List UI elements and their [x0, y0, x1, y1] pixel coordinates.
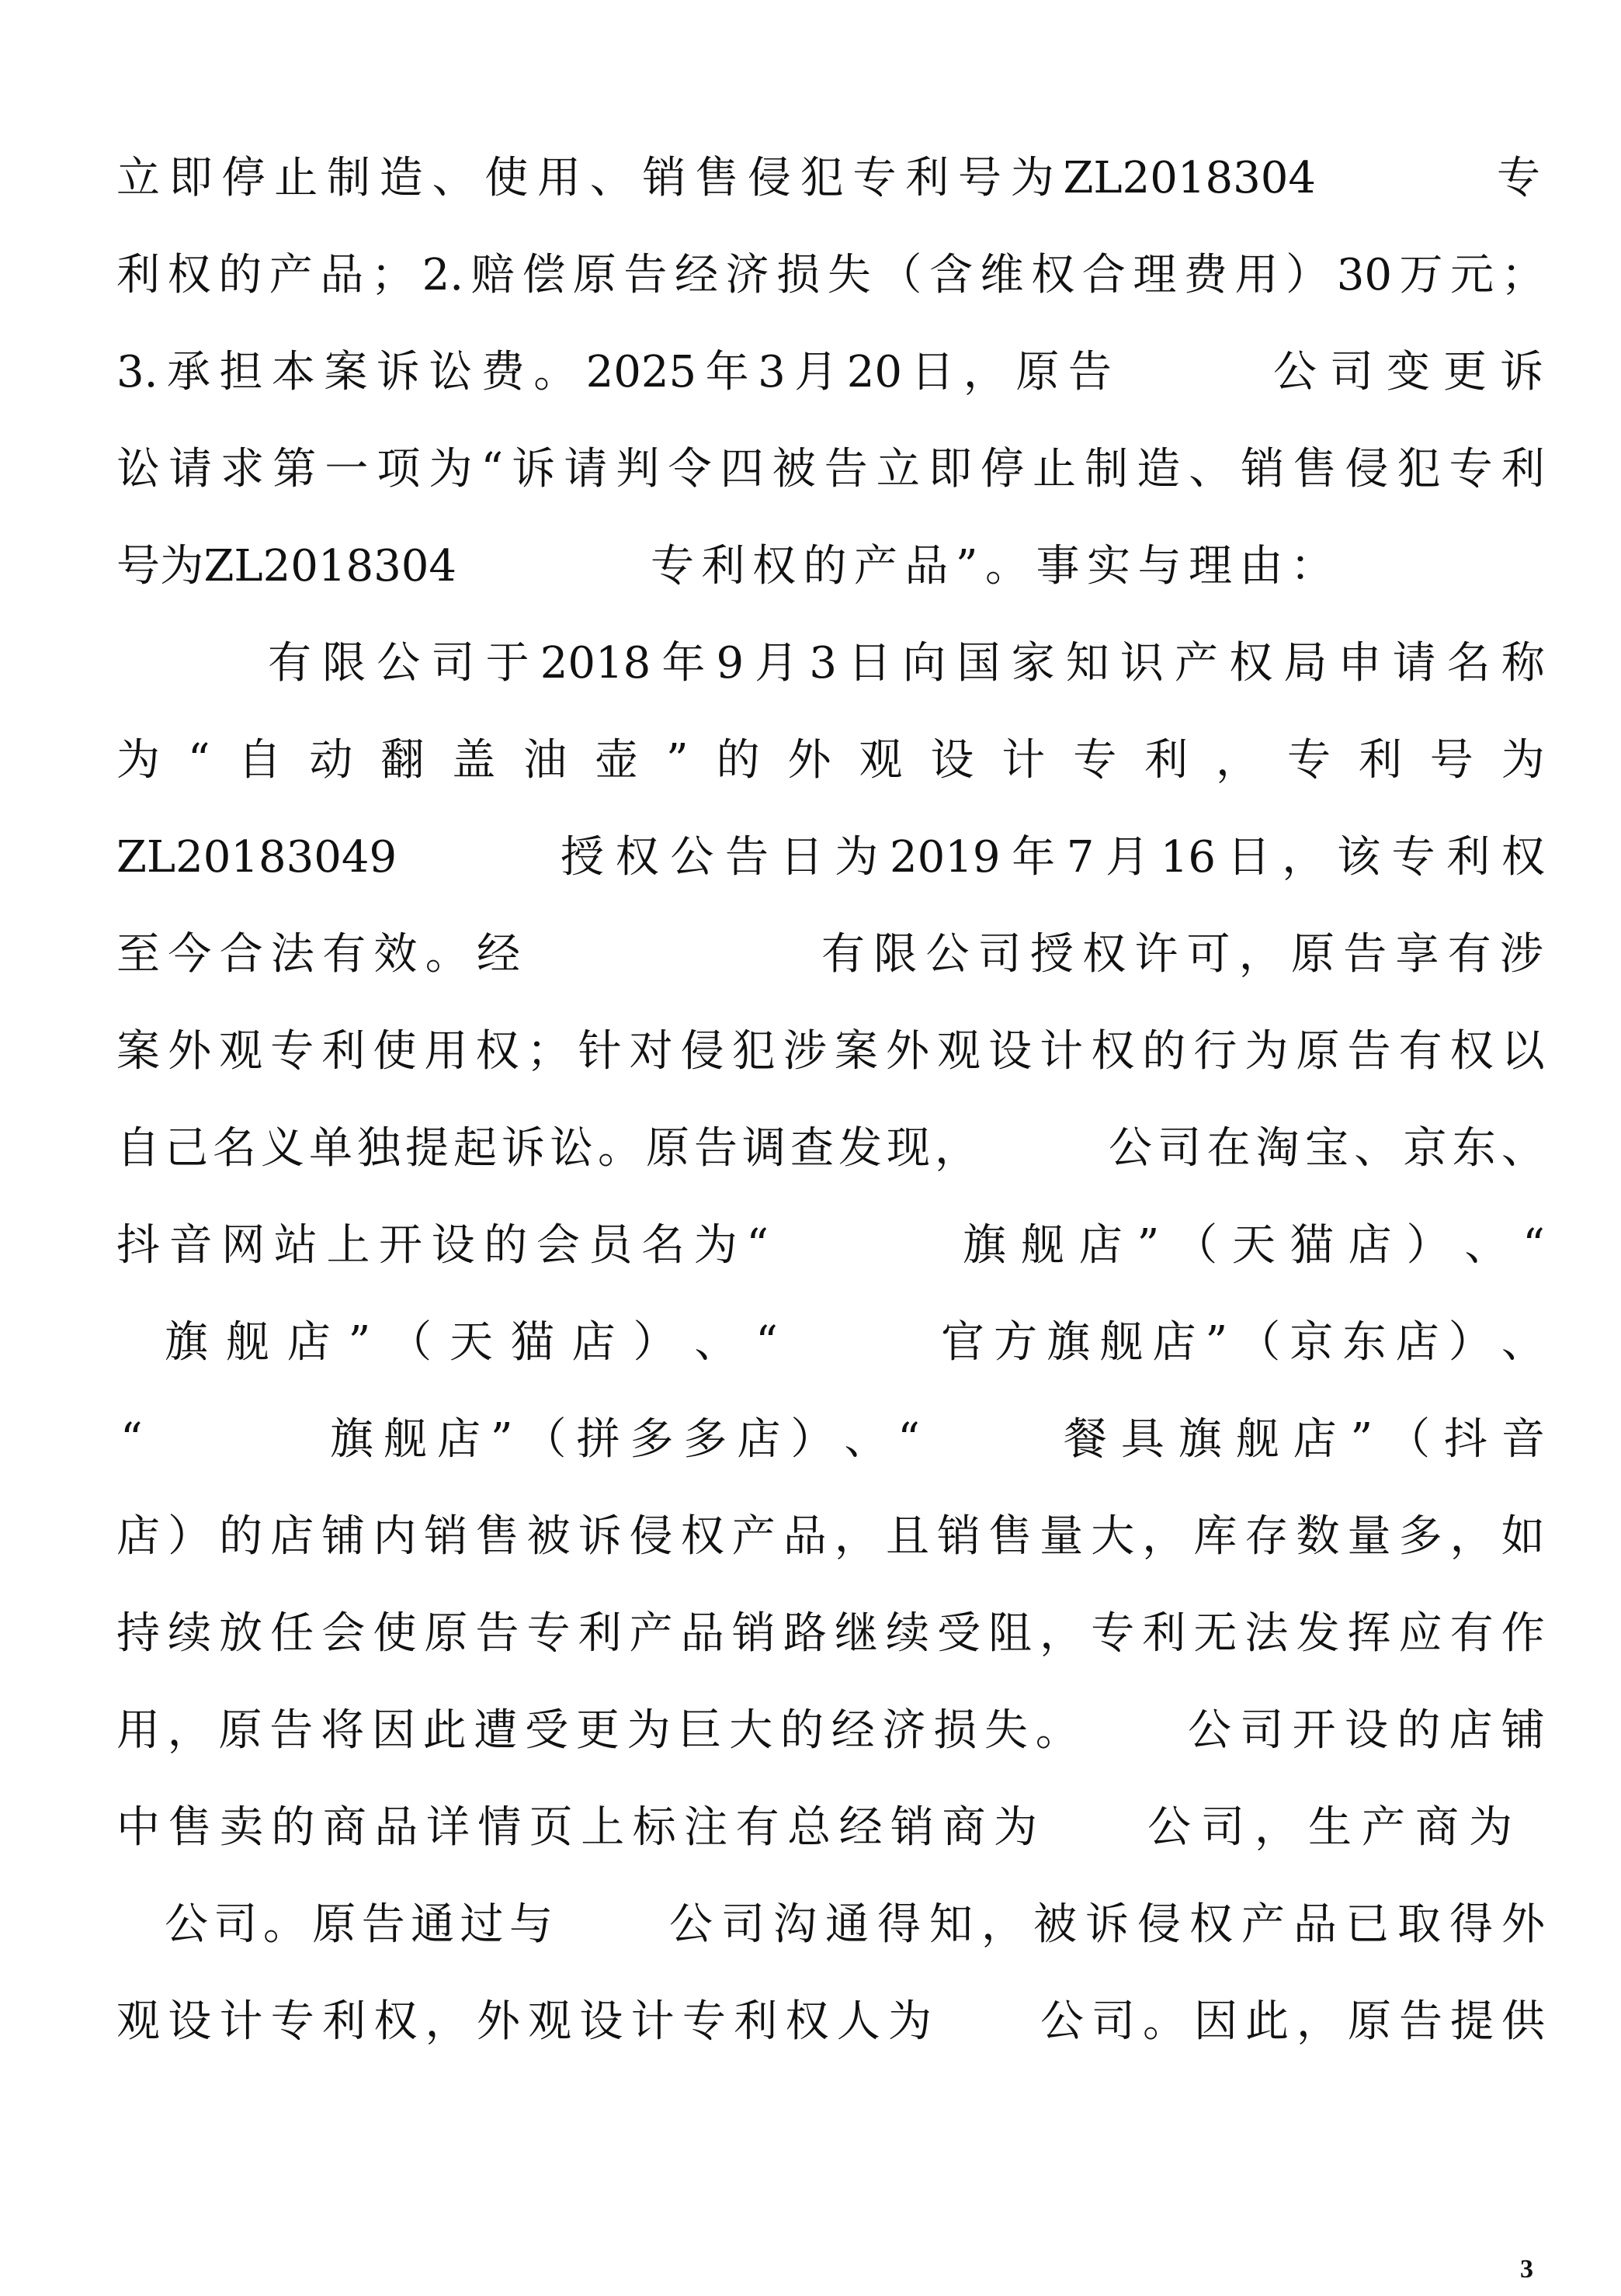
page-number: 3 [1520, 2255, 1533, 2284]
text-segment: 讼请求第一项为“诉请判令四被告立即停止制造、销售侵犯专利 [116, 439, 1545, 501]
text-segment: 官方旗舰店”（京东店）、 [941, 1312, 1545, 1374]
text-line: 中售卖的商品详情页上标注有总经销商为公司，生产商为 [0, 1797, 1621, 1859]
text-line: 抖音网站上开设的会员名为“旗舰店”（天猫店）、“ [0, 1215, 1621, 1277]
text-segment: 旗舰店”（天猫店）、“ [963, 1215, 1545, 1277]
text-line: 有限公司于2018年9月3日向国家知识产权局申请名称 [0, 633, 1621, 695]
text-line: 至今合法有效。经有限公司授权许可，原告享有涉 [0, 924, 1621, 986]
text-segment: 授权公告日为2019年7月16日，该专利权 [561, 827, 1545, 889]
text-segment: “ [120, 1409, 151, 1471]
text-segment: 店）的店铺内销售被诉侵权产品，且销售量大，库存数量多，如 [116, 1506, 1545, 1568]
text-segment: 中售卖的商品详情页上标注有总经销商为 [116, 1797, 1037, 1859]
text-segment: 专 [1497, 147, 1542, 210]
text-segment: 利权的产品；2.赔偿原告经济损失（含维权合理费用）30万元； [116, 245, 1545, 307]
text-segment: 为“自动翻盖油壶”的外观设计专利，专利号为 [116, 730, 1545, 792]
text-segment: 有限公司于2018年9月3日向国家知识产权局申请名称 [268, 633, 1545, 695]
text-line: 号为ZL2018304专利权的产品”。事实与理由： [0, 536, 1621, 598]
text-segment: 公司沟通得知，被诉侵权产品已取得外 [669, 1894, 1545, 1956]
text-line: 讼请求第一项为“诉请判令四被告立即停止制造、销售侵犯专利 [0, 439, 1621, 501]
text-segment: 3.承担本案诉讼费。2025年3月20日，原告 [116, 342, 1112, 404]
text-segment: 公司。原告通过与 [165, 1894, 553, 1956]
text-line: 为“自动翻盖油壶”的外观设计专利，专利号为 [0, 730, 1621, 792]
text-segment: 有限公司授权许可，原告享有涉 [821, 924, 1543, 986]
text-segment: 公司。因此，原告提供 [1040, 1991, 1545, 2053]
text-line: 用，原告将因此遭受更为巨大的经济损失。公司开设的店铺 [0, 1700, 1621, 1762]
text-segment: 公司在淘宝、京东、 [1109, 1118, 1545, 1180]
text-line: 旗舰店”（天猫店）、“官方旗舰店”（京东店）、 [0, 1312, 1621, 1374]
document-page: 立即停止制造、使用、销售侵犯专利号为ZL2018304专利权的产品；2.赔偿原告… [0, 0, 1621, 2296]
text-segment: ZL20183049 [116, 827, 380, 889]
text-line: 观设计专利权，外观设计专利权人为公司。因此，原告提供 [0, 1991, 1621, 2053]
text-line: 店）的店铺内销售被诉侵权产品，且销售量大，库存数量多，如 [0, 1506, 1621, 1568]
text-segment: 抖音网站上开设的会员名为“ [116, 1215, 769, 1277]
text-line: 3.承担本案诉讼费。2025年3月20日，原告公司变更诉 [0, 342, 1621, 404]
text-segment: 案外观专利使用权；针对侵犯涉案外观设计权的行为原告有权以 [116, 1021, 1545, 1083]
text-segment: 持续放任会使原告专利产品销路继续受阻，专利无法发挥应有作 [116, 1603, 1545, 1665]
text-line: 持续放任会使原告专利产品销路继续受阻，专利无法发挥应有作 [0, 1603, 1621, 1665]
text-segment: 公司开设的店铺 [1188, 1700, 1545, 1762]
text-segment: 立即停止制造、使用、销售侵犯专利号为ZL2018304 [116, 147, 1316, 210]
text-line: 自己名义单独提起诉讼。原告调查发现，公司在淘宝、京东、 [0, 1118, 1621, 1180]
text-segment: 专利权的产品”。事实与理由： [651, 536, 1334, 598]
text-line: “旗舰店”（拼多多店）、“餐具旗舰店”（抖音 [0, 1409, 1621, 1471]
text-segment: 餐具旗舰店”（抖音 [1064, 1409, 1545, 1471]
text-segment: 至今合法有效。经 [116, 924, 520, 986]
text-segment: 公司变更诉 [1273, 342, 1543, 404]
text-line: 案外观专利使用权；针对侵犯涉案外观设计权的行为原告有权以 [0, 1021, 1621, 1083]
text-segment: 旗舰店”（拼多多店）、“ [330, 1409, 920, 1471]
text-line: 立即停止制造、使用、销售侵犯专利号为ZL2018304专 [0, 147, 1621, 210]
text-segment: 用，原告将因此遭受更为巨大的经济损失。 [116, 1700, 1079, 1762]
text-segment: 号为ZL2018304 [116, 536, 456, 598]
text-segment: 公司，生产商为 [1147, 1797, 1512, 1859]
text-line: ZL20183049授权公告日为2019年7月16日，该专利权 [0, 827, 1621, 889]
text-segment: 自己名义单独提起诉讼。原告调查发现， [116, 1118, 978, 1180]
text-segment: 旗舰店”（天猫店）、“ [165, 1312, 778, 1374]
text-line: 公司。原告通过与公司沟通得知，被诉侵权产品已取得外 [0, 1894, 1621, 1956]
text-segment: 观设计专利权，外观设计专利权人为 [116, 1991, 932, 2053]
text-line: 利权的产品；2.赔偿原告经济损失（含维权合理费用）30万元； [0, 245, 1621, 307]
